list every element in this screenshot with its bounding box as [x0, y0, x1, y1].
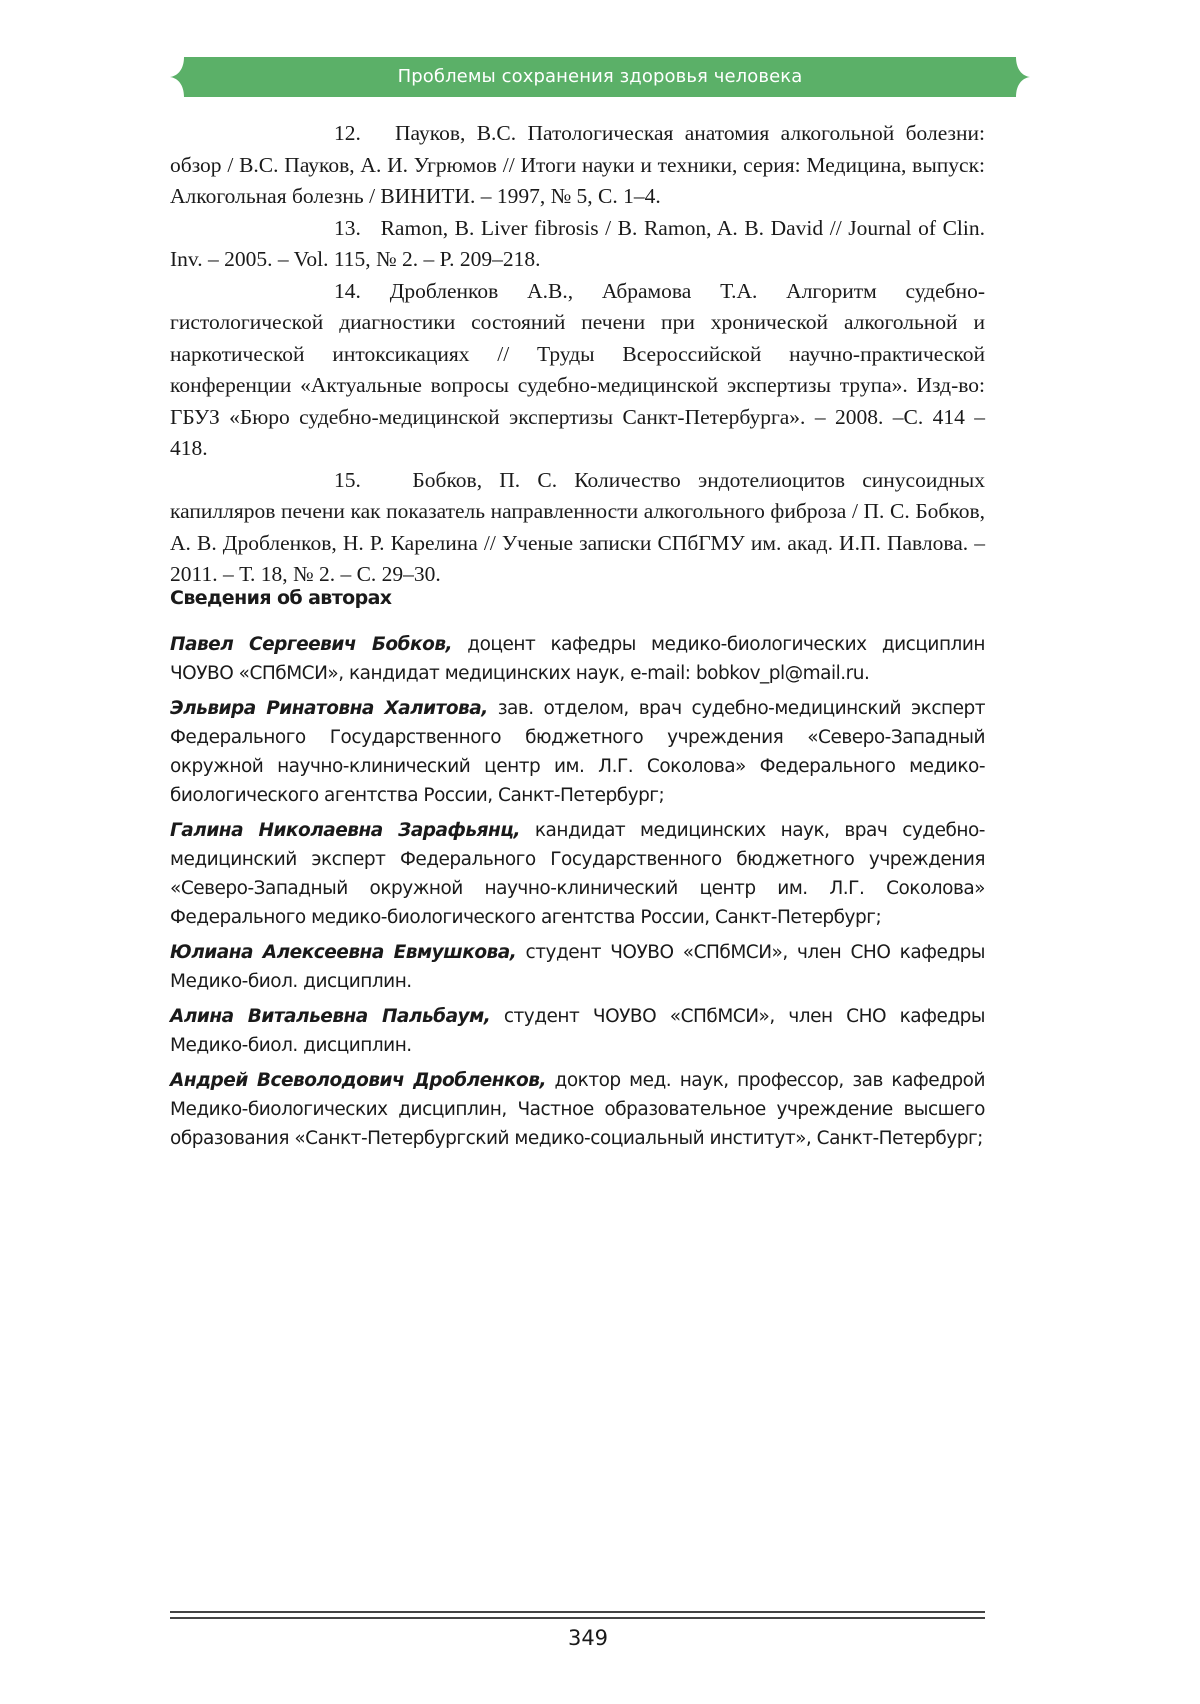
footer-rule-bottom [170, 1617, 985, 1619]
author-entry: Галина Николаевна Зарафьянц, кандидат ме… [170, 816, 985, 932]
running-header: Проблемы сохранения здоровья человека [170, 57, 1030, 97]
author-entry: Эльвира Ринатовна Халитова, зав. отделом… [170, 694, 985, 810]
author-name: Юлиана Алексеевна Евмушкова, [170, 942, 516, 963]
author-name: Галина Николаевна Зарафьянц, [170, 820, 520, 841]
author-entry: Алина Витальевна Пальбаум, студент ЧОУВО… [170, 1002, 985, 1060]
header-title: Проблемы сохранения здоровья человека [170, 57, 1030, 97]
reference-number: 14. [252, 276, 361, 308]
footer-rule-top [170, 1611, 985, 1613]
author-entry: Андрей Всеволодович Дробленков, доктор м… [170, 1066, 985, 1153]
author-name: Алина Витальевна Пальбаум, [170, 1006, 490, 1027]
author-name: Андрей Всеволодович Дробленков, [170, 1070, 546, 1091]
reference-item: 13. Ramon, B. Liver fibrosis / B. Ramon,… [170, 213, 985, 276]
reference-item: 12. Пауков, В.С. Патологическая анатомия… [170, 118, 985, 213]
authors-list: Павел Сергеевич Бобков, доцент кафедры м… [170, 630, 985, 1159]
reference-item: 14. Дробленков А.В., Абрамова Т.А. Алгор… [170, 276, 985, 465]
reference-number: 13. [252, 213, 361, 245]
reference-number: 15. [252, 465, 361, 497]
author-entry: Юлиана Алексеевна Евмушкова, студент ЧОУ… [170, 938, 985, 996]
reference-item: 15. Бобков, П. С. Количество эндотелиоци… [170, 465, 985, 591]
author-entry: Павел Сергеевич Бобков, доцент кафедры м… [170, 630, 985, 688]
page-number: 349 [0, 1626, 1176, 1650]
author-name: Павел Сергеевич Бобков, [170, 634, 452, 655]
author-name: Эльвира Ринатовна Халитова, [170, 698, 488, 719]
authors-section-title: Сведения об авторах [170, 587, 391, 609]
reference-list: 12. Пауков, В.С. Патологическая анатомия… [170, 118, 985, 591]
reference-number: 12. [252, 118, 361, 150]
